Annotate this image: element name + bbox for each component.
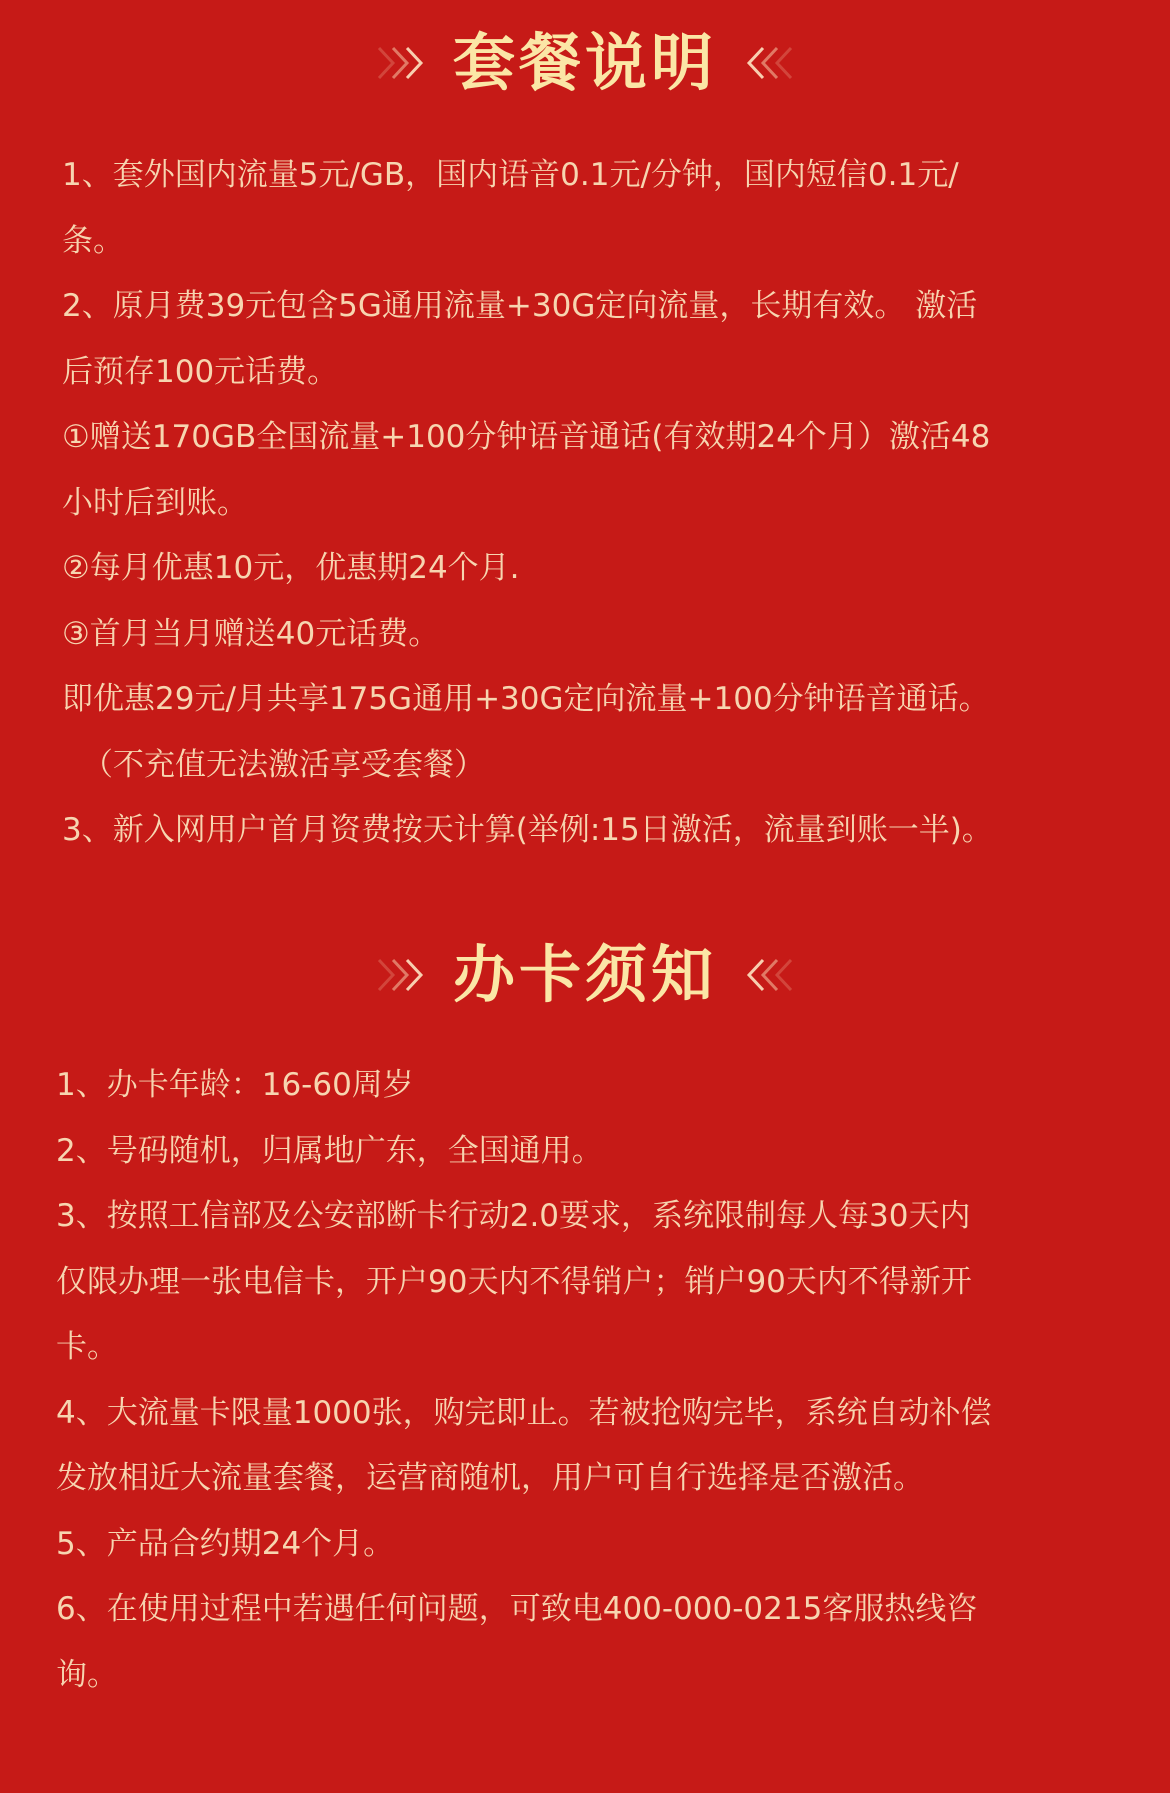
- plan-line: 条。: [62, 209, 1122, 275]
- plan-line: 2、原月费39元包含5G通用流量+30G定向流量，长期有效。 激活: [62, 274, 1122, 340]
- plan-section-header: 套餐说明: [0, 18, 1170, 108]
- notice-section-header: 办卡须知: [0, 930, 1170, 1020]
- card-notice: 1、办卡年龄：16-60周岁 2、号码随机，归属地广东，全国通用。 3、按照工信…: [56, 1053, 1126, 1708]
- plan-line: 3、新入网用户首月资费按天计算(举例:15日激活，流量到账一半)。: [62, 798, 1122, 864]
- plan-line: 后预存100元话费。: [62, 340, 1122, 406]
- plan-section-title: 套餐说明: [453, 18, 717, 108]
- plan-line: 小时后到账。: [62, 471, 1122, 537]
- notice-line: 发放相近大流量套餐，运营商随机，用户可自行选择是否激活。: [56, 1446, 1126, 1512]
- notice-line: 5、产品合约期24个月。: [56, 1512, 1126, 1578]
- triple-chevron-right-icon: [371, 950, 431, 1000]
- triple-chevron-right-icon: [371, 38, 431, 88]
- plan-description: 1、套外国内流量5元/GB，国内语音0.1元/分钟，国内短信0.1元/ 条。 2…: [62, 143, 1122, 864]
- plan-line: ②每月优惠10元，优惠期24个月.: [62, 536, 1122, 602]
- plan-line: 1、套外国内流量5元/GB，国内语音0.1元/分钟，国内短信0.1元/: [62, 143, 1122, 209]
- notice-line: 4、大流量卡限量1000张，购完即止。若被抢购完毕，系统自动补偿: [56, 1381, 1126, 1447]
- notice-line: 仅限办理一张电信卡，开户90天内不得销户；销户90天内不得新开: [56, 1250, 1126, 1316]
- plan-line: 即优惠29元/月共享175G通用+30G定向流量+100分钟语音通话。: [62, 667, 1122, 733]
- notice-line: 3、按照工信部及公安部断卡行动2.0要求，系统限制每人每30天内: [56, 1184, 1126, 1250]
- notice-line: 1、办卡年龄：16-60周岁: [56, 1053, 1126, 1119]
- notice-section-title: 办卡须知: [453, 930, 717, 1020]
- notice-line: 2、号码随机，归属地广东，全国通用。: [56, 1119, 1126, 1185]
- triple-chevron-left-icon: [739, 950, 799, 1000]
- triple-chevron-left-icon: [739, 38, 799, 88]
- notice-line: 6、在使用过程中若遇任何问题，可致电400-000-0215客服热线咨: [56, 1577, 1126, 1643]
- plan-line: ①赠送170GB全国流量+100分钟语音通话(有效期24个月）激活48: [62, 405, 1122, 471]
- plan-note: （不充值无法激活享受套餐）: [62, 733, 1122, 799]
- plan-line: ③首月当月赠送40元话费。: [62, 602, 1122, 668]
- notice-line: 询。: [56, 1643, 1126, 1709]
- notice-line: 卡。: [56, 1315, 1126, 1381]
